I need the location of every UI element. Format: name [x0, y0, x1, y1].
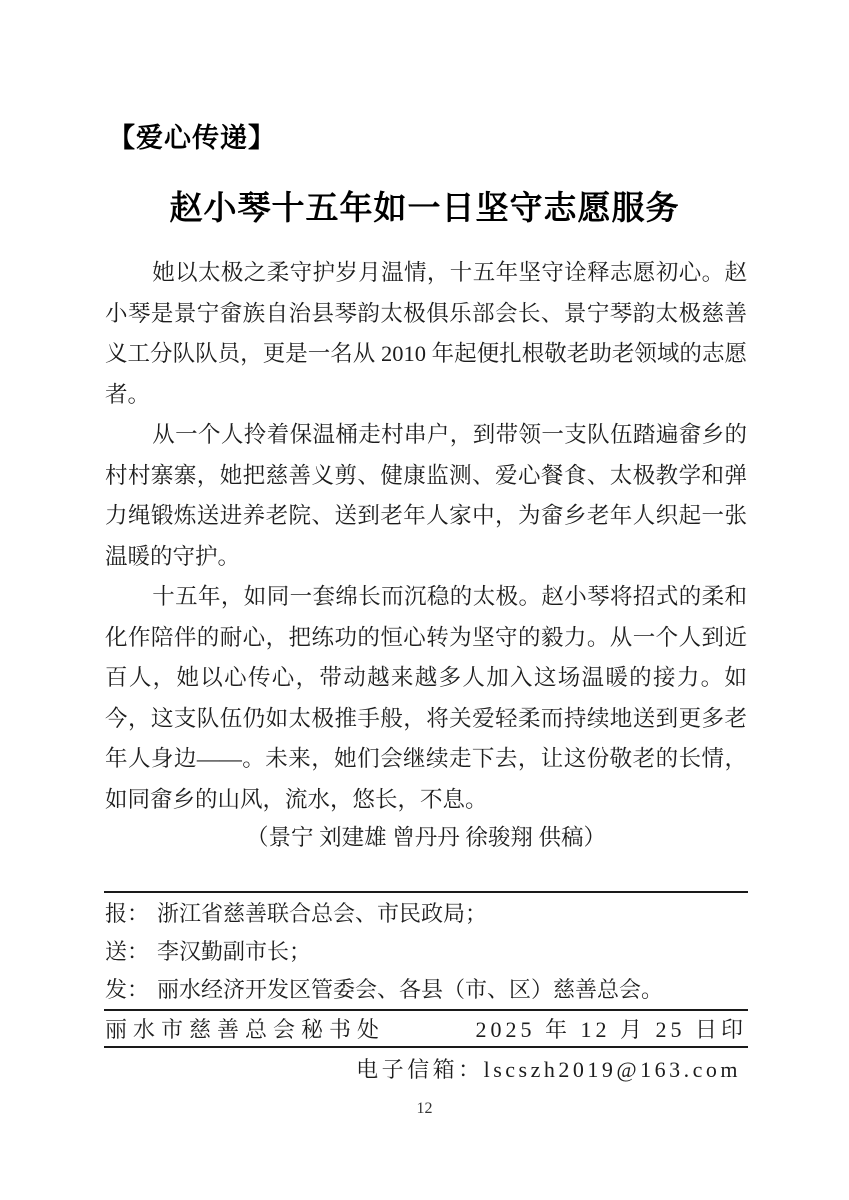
distribution-value-send: 李汉勤副市长；: [157, 939, 311, 964]
page-number: 12: [0, 1100, 849, 1118]
email-label: 电子信箱：: [356, 1057, 484, 1082]
distribution-list: 报：浙江省慈善联合总会、市民政局； 送：李汉勤副市长； 发：丽水经济开发区管委会…: [105, 895, 747, 1009]
byline: （景宁 刘建雄 曾丹丹 徐骏翔 供稿）: [105, 817, 747, 859]
imprint-row: 丽水市慈善总会秘书处 2025 年 12 月 25 日印: [105, 1013, 747, 1047]
section-tag: 【爱心传递】: [108, 116, 276, 155]
distribution-row-issue: 发：丽水经济开发区管委会、各县（市、区）慈善总会。: [105, 971, 747, 1009]
email-address: lscszh2019@163.com: [484, 1057, 741, 1082]
article-paragraph-2: 从一个人拎着保温桶走村串户，到带领一支队伍踏遍畲乡的村村寨寨，她把慈善义剪、健康…: [105, 415, 747, 577]
divider-top: [104, 891, 748, 893]
distribution-label-issue: 发：: [105, 977, 149, 1002]
distribution-row-report: 报：浙江省慈善联合总会、市民政局；: [105, 895, 747, 933]
distribution-row-send: 送：李汉勤副市长；: [105, 933, 747, 971]
distribution-value-report: 浙江省慈善联合总会、市民政局；: [157, 901, 487, 926]
article-title: 赵小琴十五年如一日坚守志愿服务: [0, 182, 849, 229]
document-page: 【爱心传递】 赵小琴十五年如一日坚守志愿服务 她以太极之柔守护岁月温情，十五年坚…: [0, 0, 849, 1200]
distribution-label-send: 送：: [105, 939, 149, 964]
print-date: 2025 年 12 月 25 日印: [475, 1013, 747, 1047]
article-paragraph-3: 十五年，如同一套绵长而沉稳的太极。赵小琴将招式的柔和化作陪伴的耐心，把练功的恒心…: [105, 577, 747, 820]
distribution-label-report: 报：: [105, 901, 149, 926]
issuer-name: 丽水市慈善总会秘书处: [105, 1013, 385, 1047]
divider-middle: [104, 1009, 748, 1011]
article-paragraph-1: 她以太极之柔守护岁月温情，十五年坚守诠释志愿初心。赵小琴是景宁畲族自治县琴韵太极…: [105, 253, 747, 415]
divider-bottom: [104, 1046, 748, 1048]
article-body: 她以太极之柔守护岁月温情，十五年坚守诠释志愿初心。赵小琴是景宁畲族自治县琴韵太极…: [105, 253, 747, 820]
distribution-value-issue: 丽水经济开发区管委会、各县（市、区）慈善总会。: [157, 977, 663, 1002]
email-row: 电子信箱：lscszh2019@163.com: [105, 1052, 741, 1088]
